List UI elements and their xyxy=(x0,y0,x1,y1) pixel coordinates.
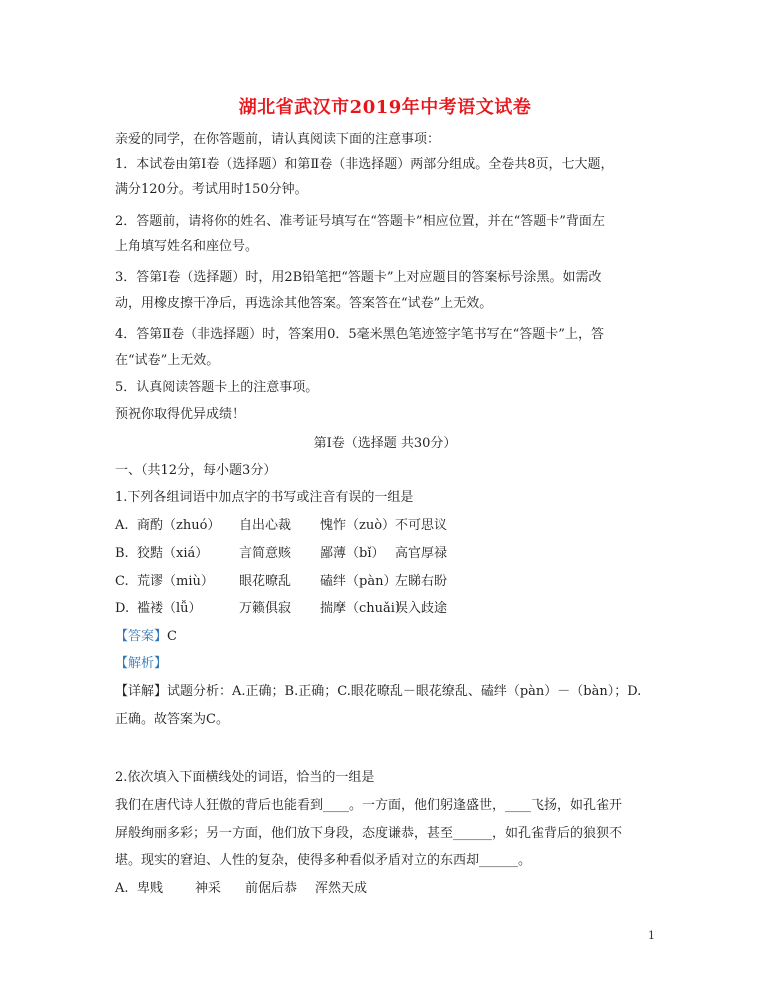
option-word: 卑贱 xyxy=(137,881,163,897)
option-word: 神采 xyxy=(195,881,221,897)
detail-line: 正确。故答案为C。 xyxy=(115,712,229,728)
option-word: 褴褛（lǚ） xyxy=(137,601,202,617)
notice-line: 满分120分。考试用时150分钟。 xyxy=(115,182,308,198)
option-label: A. xyxy=(115,518,129,534)
option-label: B. xyxy=(115,546,129,562)
option-word: 不可思议 xyxy=(395,518,447,534)
notice-line: 在“试卷”上无效。 xyxy=(115,353,219,369)
analysis-tag: 【解析】 xyxy=(115,656,167,672)
passage-line: 我们在唐代诗人狂傲的背后也能看到____。一方面，他们躬逢盛世，____飞扬，如… xyxy=(115,798,622,814)
notice-line: 3．答第Ⅰ卷（选择题）时，用2B铅笔把“答题卡”上对应题目的答案标号涂黑。如需改 xyxy=(115,270,602,286)
part-heading: 一、（共12分，每小题3分） xyxy=(115,463,276,479)
option-word: 误入歧途 xyxy=(395,601,447,617)
answer-value: C xyxy=(167,629,177,644)
notice-line: 1．本试卷由第Ⅰ卷（选择题）和第Ⅱ卷（非选择题）两部分组成。全卷共8页，七大题， xyxy=(115,157,614,173)
notice-line: 4．答第Ⅱ卷（非选择题）时，答案用0．5毫米黑色笔迹签字笔书写在“答题卡”上，答 xyxy=(115,327,604,343)
option-word: 浑然天成 xyxy=(315,881,367,897)
option-word: 愧怍（zuò） xyxy=(320,518,395,534)
option-word: 眼花暸乱 xyxy=(239,574,291,590)
answer-tag: 【答案】 xyxy=(115,629,167,644)
option-word: 磕绊（pàn） xyxy=(320,574,396,590)
page-number: 1 xyxy=(648,929,655,942)
option-word: 前倨后恭 xyxy=(245,881,297,897)
option-label: D. xyxy=(115,601,129,617)
question-1-stem: 1.下列各组词语中加点字的书写或注音有误的一组是 xyxy=(115,490,413,506)
option-label: C. xyxy=(115,574,129,590)
option-label: A. xyxy=(115,881,129,897)
question-2-stem: 2.依次填入下面横线处的词语，恰当的一组是 xyxy=(115,770,374,786)
option-word: 言简意赅 xyxy=(239,546,291,562)
option-word: 左睇右盼 xyxy=(395,574,447,590)
passage-line: 屏般绚丽多彩；另一方面，他们放下身段，态度谦恭，甚至______，如孔雀背后的狼… xyxy=(115,826,622,842)
intro-text: 亲爱的同学，在你答题前，请认真阅读下面的注意事项： xyxy=(115,132,440,148)
notice-line: 动，用橡皮擦干净后，再选涂其他答案。答案答在“试卷”上无效。 xyxy=(115,296,492,312)
option-word: 商酌（zhuó） xyxy=(137,518,220,534)
option-word: 万籁俱寂 xyxy=(239,601,291,617)
notice-line: 上角填写姓名和座位号。 xyxy=(115,239,258,255)
answer-line: 【答案】C xyxy=(115,629,177,645)
option-word: 高官厚禄 xyxy=(395,546,447,562)
wish-text: 预祝你取得优异成绩！ xyxy=(115,407,245,423)
option-word: 自出心裁 xyxy=(239,518,291,534)
option-word: 狡黠（xiá） xyxy=(137,546,208,562)
option-word: 荒谬（miù） xyxy=(137,574,214,590)
page-title: 湖北省武汉市2019年中考语文试卷 xyxy=(0,93,770,119)
notice-line: 2．答题前，请将你的姓名、准考证号填写在“答题卡”相应位置，并在“答题卡”背面左 xyxy=(115,214,605,230)
section-heading: 第Ⅰ卷（选择题 共30分） xyxy=(0,436,770,452)
document-page: 湖北省武汉市2019年中考语文试卷 亲爱的同学，在你答题前，请认真阅读下面的注意… xyxy=(0,0,770,1000)
option-word: 鄙薄（bǐ） xyxy=(320,546,384,562)
passage-line: 堪。现实的窘迫、人性的复杂，使得多种看似矛盾对立的东西却______。 xyxy=(115,853,531,869)
detail-line: 【详解】试题分析：A.正确；B.正确；C.眼花暸乱－眼花缭乱、磕绊（pàn）－（… xyxy=(115,684,641,700)
notice-line: 5．认真阅读答题卡上的注意事项。 xyxy=(115,380,318,396)
